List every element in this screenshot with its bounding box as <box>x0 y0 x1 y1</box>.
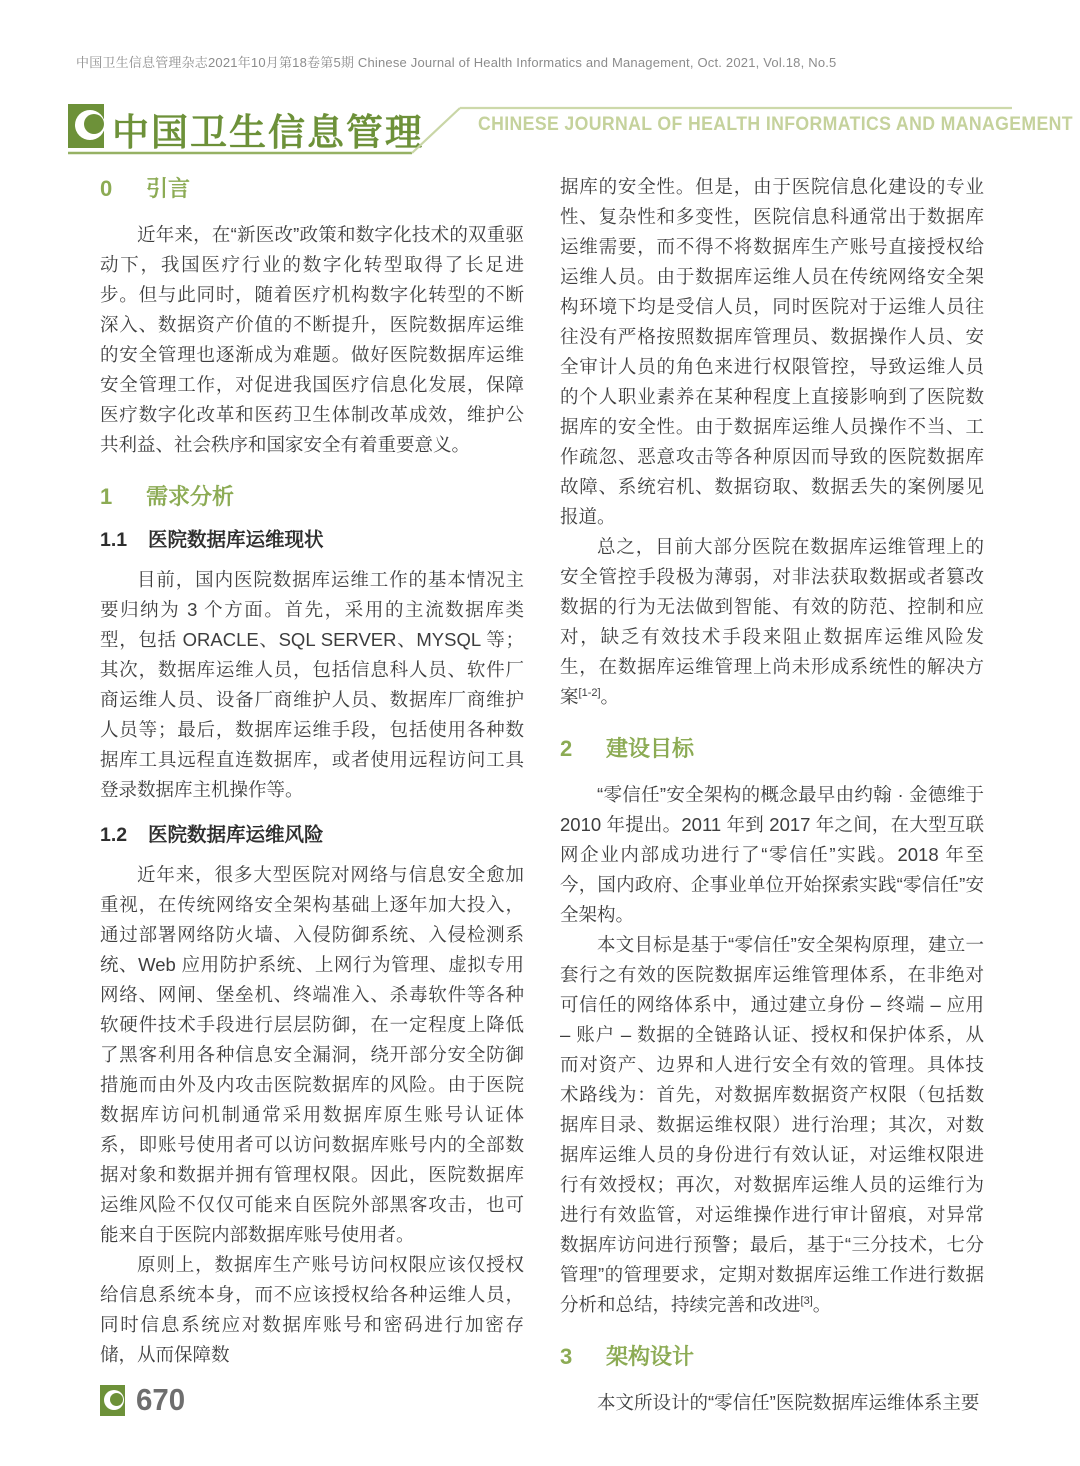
section-number: 1 <box>100 484 146 510</box>
paragraph-risk-2: 原则上，数据库生产账号访问权限应该仅授权给信息系统本身，而不应该授权给各种运维人… <box>100 1250 524 1370</box>
logo-dot <box>110 1393 123 1406</box>
section-title: 架构设计 <box>606 1344 694 1369</box>
section-title: 引言 <box>146 176 190 201</box>
subsection-heading-1-2: 1.2医院数据库运维风险 <box>100 823 524 847</box>
running-head: 中国卫生信息管理杂志2021年10月第18卷第5期 Chinese Journa… <box>76 52 837 71</box>
article-body: 0引言 近年来，在“新医改”政策和数字化技术的双重驱动下，我国医疗行业的数字化转… <box>100 172 984 1418</box>
summary-text: 总之，目前大部分医院在数据库运维管理上的安全管控手段极为薄弱，对非法获取数据或者… <box>560 536 984 707</box>
section-title: 建设目标 <box>606 736 694 761</box>
paragraph-architecture-intro: 本文所设计的“零信任”医院数据库运维体系主要 <box>560 1388 984 1418</box>
right-column: 据库的安全性。但是，由于医院信息化建设的专业性、复杂性和多变性，医院信息科通常出… <box>560 172 984 1418</box>
section-number: 0 <box>100 176 146 202</box>
paragraph-intro: 近年来，在“新医改”政策和数字化技术的双重驱动下，我国医疗行业的数字化转型取得了… <box>100 220 524 460</box>
section-heading-3: 3架构设计 <box>560 1344 984 1370</box>
masthead: 中国卫生信息管理 CHINESE JOURNAL OF HEALTH INFOR… <box>0 96 1080 166</box>
section-number: 3 <box>560 1344 606 1370</box>
summary-tail: 。 <box>601 686 620 707</box>
reference-mark-1-2: [1-2] <box>579 687 601 699</box>
goal-text: 本文目标是基于“零信任”安全架构原理，建立一套行之有效的医院数据库运维管理体系，… <box>560 934 984 1315</box>
page-footer: 670 <box>100 1382 188 1418</box>
subsection-title: 医院数据库运维现状 <box>148 529 324 551</box>
goal-tail: 。 <box>813 1294 832 1315</box>
page-number: 670 <box>136 1382 185 1418</box>
subsection-title: 医院数据库运维风险 <box>148 824 324 846</box>
left-column: 0引言 近年来，在“新医改”政策和数字化技术的双重驱动下，我国医疗行业的数字化转… <box>100 172 524 1418</box>
journal-page: 中国卫生信息管理杂志2021年10月第18卷第5期 Chinese Journa… <box>0 0 1080 1466</box>
section-heading-0: 0引言 <box>100 176 524 202</box>
paragraph-status: 目前，国内医院数据库运维工作的基本情况主要归纳为 3 个方面。首先，采用的主流数… <box>100 565 524 805</box>
journal-title-english: CHINESE JOURNAL OF HEALTH INFORMATICS AN… <box>478 114 1073 136</box>
paragraph-goal: 本文目标是基于“零信任”安全架构原理，建立一套行之有效的医院数据库运维管理体系，… <box>560 930 984 1320</box>
section-title: 需求分析 <box>146 484 234 509</box>
paragraph-risk-continued: 据库的安全性。但是，由于医院信息化建设的专业性、复杂性和多变性，医院信息科通常出… <box>560 172 984 532</box>
subsection-heading-1-1: 1.1医院数据库运维现状 <box>100 528 524 552</box>
section-number: 2 <box>560 736 606 762</box>
paragraph-summary: 总之，目前大部分医院在数据库运维管理上的安全管控手段极为薄弱，对非法获取数据或者… <box>560 532 984 712</box>
subsection-number: 1.2 <box>100 823 148 847</box>
section-heading-1: 1需求分析 <box>100 484 524 510</box>
paragraph-zerotrust-history: “零信任”安全架构的概念最早由约翰 · 金德维于 2010 年提出。2011 年… <box>560 780 984 930</box>
reference-mark-3: [3] <box>801 1295 813 1307</box>
section-heading-2: 2建设目标 <box>560 736 984 762</box>
footer-logo-icon <box>100 1385 125 1416</box>
paragraph-risk-1: 近年来，很多大型医院对网络与信息安全愈加重视，在传统网络安全架构基础上逐年加大投… <box>100 860 524 1250</box>
subsection-number: 1.1 <box>100 528 148 552</box>
